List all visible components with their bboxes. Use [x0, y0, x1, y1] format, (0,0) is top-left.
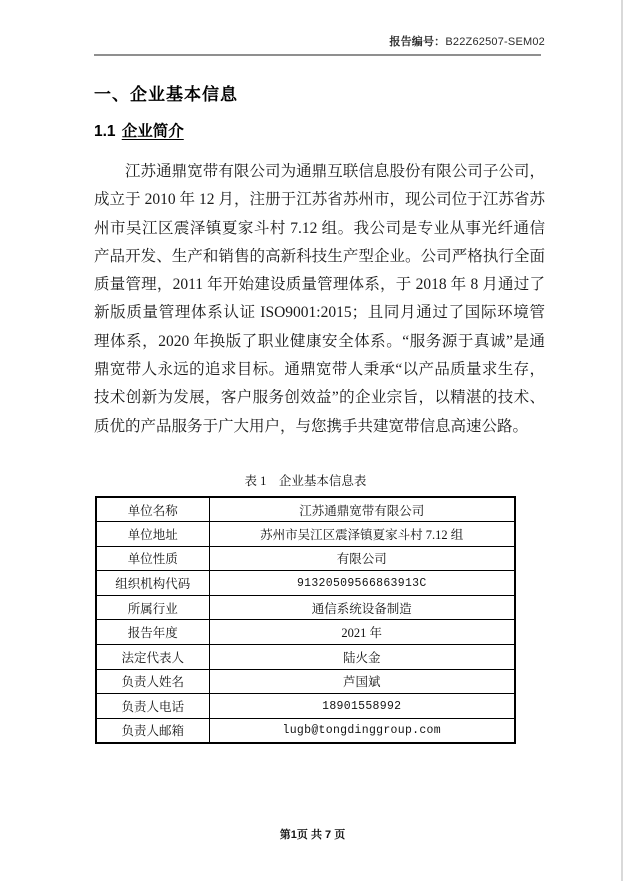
- row-value: 有限公司: [209, 546, 515, 571]
- table-row: 所属行业 通信系统设备制造: [96, 595, 515, 620]
- section-heading: 一、企业基本信息: [94, 80, 545, 105]
- table-row: 法定代表人 陆火金: [96, 645, 515, 670]
- report-number-label: 报告编号：: [389, 36, 445, 48]
- row-value: 陆火金: [209, 645, 515, 670]
- row-value: 通信系统设备制造: [209, 595, 515, 620]
- row-label: 组织机构代码: [96, 571, 209, 596]
- table-row: 单位名称 江苏通鼎宽带有限公司: [96, 497, 515, 522]
- row-value: 芦国斌: [209, 669, 515, 694]
- row-label: 报告年度: [96, 620, 209, 645]
- row-value: lugb@tongdinggroup.com: [209, 718, 515, 743]
- row-label: 负责人姓名: [96, 669, 209, 694]
- table-caption: 表 1 企业基本信息表: [95, 471, 516, 489]
- table-row: 负责人电话 18901558992: [96, 694, 515, 719]
- table-row: 单位地址 苏州市吴江区震泽镇夏家斗村 7.12 组: [96, 522, 515, 547]
- table-row: 负责人姓名 芦国斌: [96, 669, 515, 694]
- document-page: 报告编号：B22Z62507-SEM02 一、企业基本信息 1.1企业简介 江苏…: [0, 0, 625, 881]
- report-number: 报告编号：B22Z62507-SEM02: [94, 0, 545, 49]
- page-content: 报告编号：B22Z62507-SEM02 一、企业基本信息 1.1企业简介 江苏…: [0, 0, 625, 744]
- table-row: 负责人邮箱 lugb@tongdinggroup.com: [96, 718, 515, 743]
- row-label: 负责人电话: [96, 694, 209, 719]
- report-number-value: B22Z62507-SEM02: [445, 36, 545, 48]
- table-row: 组织机构代码 91320509566863913C: [96, 571, 515, 596]
- page-footer: 第1页 共 7 页: [0, 826, 625, 842]
- row-label: 单位名称: [96, 497, 209, 522]
- company-info-table: 单位名称 江苏通鼎宽带有限公司 单位地址 苏州市吴江区震泽镇夏家斗村 7.12 …: [95, 496, 516, 744]
- subsection-heading: 1.1企业简介: [94, 119, 545, 141]
- row-label: 法定代表人: [96, 645, 209, 670]
- row-value: 江苏通鼎宽带有限公司: [209, 497, 515, 522]
- row-value: 2021 年: [209, 620, 515, 645]
- company-info-table-block: 表 1 企业基本信息表 单位名称 江苏通鼎宽带有限公司 单位地址 苏州市吴江区震…: [95, 471, 516, 744]
- row-label: 单位性质: [96, 546, 209, 571]
- subsection-title: 企业简介: [122, 123, 184, 140]
- table-row: 报告年度 2021 年: [96, 620, 515, 645]
- row-label: 负责人邮箱: [96, 718, 209, 743]
- row-value: 苏州市吴江区震泽镇夏家斗村 7.12 组: [209, 522, 515, 547]
- row-value: 18901558992: [209, 694, 515, 719]
- company-intro-paragraph: 江苏通鼎宽带有限公司为通鼎互联信息股份有限公司子公司，成立于 2010 年 12…: [94, 158, 545, 441]
- row-value: 91320509566863913C: [209, 571, 515, 596]
- row-label: 单位地址: [96, 522, 209, 547]
- header-rule: [94, 54, 541, 56]
- row-label: 所属行业: [96, 595, 209, 620]
- page-right-edge: [621, 0, 623, 881]
- table-row: 单位性质 有限公司: [96, 546, 515, 571]
- subsection-number: 1.1: [94, 123, 116, 140]
